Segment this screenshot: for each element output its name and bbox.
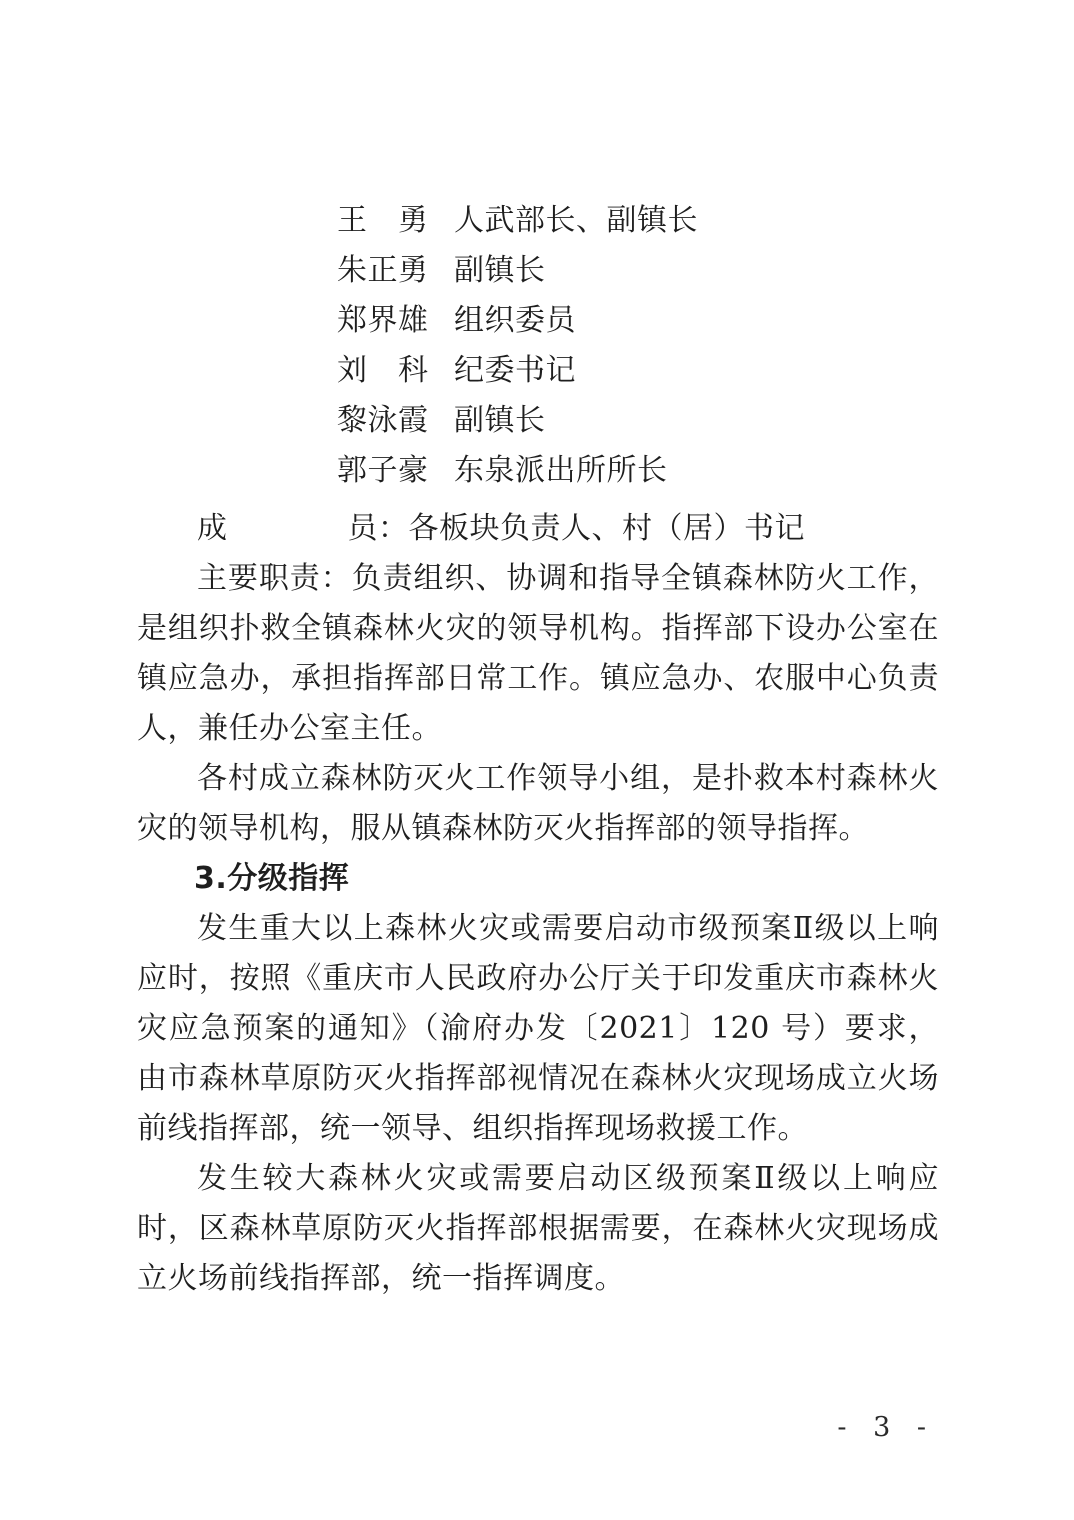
roster-row: 郭子豪 东泉派出所所长 bbox=[337, 446, 939, 496]
roster-row: 郑界雄 组织委员 bbox=[337, 296, 939, 346]
page-number: - 3 - bbox=[837, 1412, 935, 1443]
roster-row: 王 勇 人武部长、副镇长 bbox=[337, 196, 939, 246]
paragraph-city-level-command: 发生重大以上森林火灾或需要启动市级预案Ⅱ级以上响应时，按照《重庆市人民政府办公厅… bbox=[137, 904, 939, 1154]
roster-name: 郭子豪 bbox=[337, 446, 454, 496]
roster-name: 王 勇 bbox=[337, 196, 454, 246]
roster-title: 副镇长 bbox=[454, 396, 546, 446]
members-value: 各板块负责人、村（居）书记 bbox=[409, 511, 806, 546]
roster-name: 黎泳霞 bbox=[337, 396, 454, 446]
members-label-first: 成 bbox=[197, 511, 228, 546]
paragraph-district-level-command: 发生较大森林火灾或需要启动区级预案Ⅱ级以上响应时，区森林草原防灭火指挥部根据需要… bbox=[137, 1154, 939, 1304]
roster-title: 东泉派出所所长 bbox=[454, 446, 668, 496]
paragraph-village-groups: 各村成立森林防灭火工作领导小组，是扑救本村森林火灾的领导机构，服从镇森林防灭火指… bbox=[137, 754, 939, 854]
members-line: 成员：各板块负责人、村（居）书记 bbox=[137, 504, 939, 554]
roster-name: 刘 科 bbox=[337, 346, 454, 396]
roster-row: 刘 科 纪委书记 bbox=[337, 346, 939, 396]
roster-title: 纪委书记 bbox=[454, 346, 576, 396]
document-page: 王 勇 人武部长、副镇长 朱正勇 副镇长 郑界雄 组织委员 刘 科 纪委书记 黎… bbox=[0, 0, 1074, 1520]
roster-name: 朱正勇 bbox=[337, 246, 454, 296]
roster-title: 人武部长、副镇长 bbox=[454, 196, 698, 246]
roster-name: 郑界雄 bbox=[337, 296, 454, 346]
members-label-second: 员： bbox=[348, 511, 409, 546]
roster-title: 组织委员 bbox=[454, 296, 576, 346]
leadership-roster: 王 勇 人武部长、副镇长 朱正勇 副镇长 郑界雄 组织委员 刘 科 纪委书记 黎… bbox=[137, 196, 939, 496]
roster-title: 副镇长 bbox=[454, 246, 546, 296]
roster-row: 黎泳霞 副镇长 bbox=[337, 396, 939, 446]
roster-row: 朱正勇 副镇长 bbox=[337, 246, 939, 296]
section-heading: 3.分级指挥 bbox=[137, 854, 939, 904]
paragraph-duties: 主要职责：负责组织、协调和指导全镇森林防火工作，是组织扑救全镇森林火灾的领导机构… bbox=[137, 554, 939, 754]
document-content: 王 勇 人武部长、副镇长 朱正勇 副镇长 郑界雄 组织委员 刘 科 纪委书记 黎… bbox=[137, 196, 939, 1304]
